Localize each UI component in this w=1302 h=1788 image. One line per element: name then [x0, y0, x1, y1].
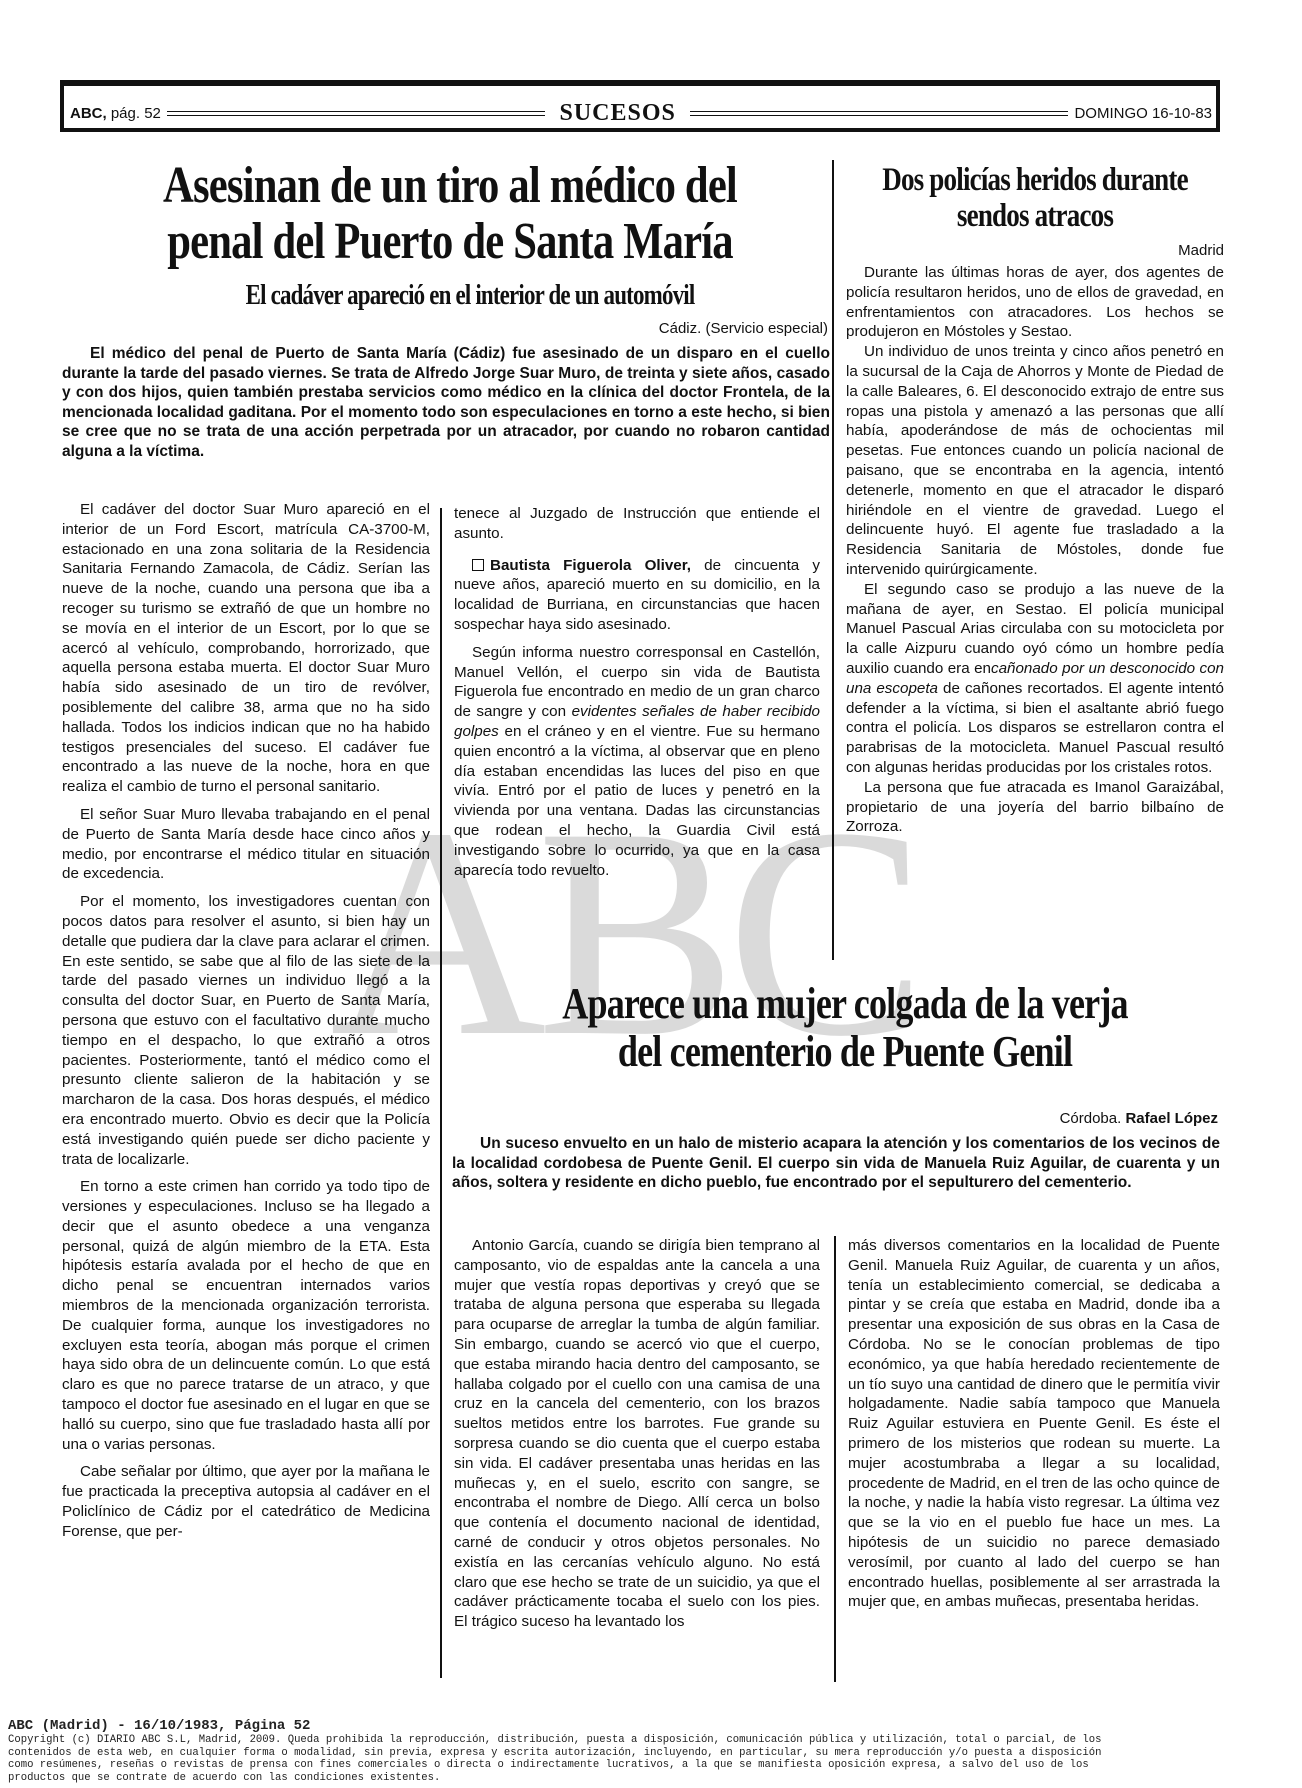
- paragraph: Cabe señalar por último, que ayer por la…: [62, 1462, 430, 1541]
- paragraph: La persona que fue atracada es Imanol Ga…: [846, 778, 1224, 837]
- article1-lead: El médico del penal de Puerto de Santa M…: [62, 344, 830, 462]
- article3-lead: Un suceso envuelto en un halo de misteri…: [452, 1134, 1220, 1193]
- article2: Dos policías heridos durante sendos atra…: [846, 162, 1224, 837]
- article1-header: Asesinan de un tiro al médico del penal …: [70, 158, 830, 312]
- article3-column-2: más diversos comentarios en la localidad…: [848, 1236, 1220, 1620]
- masthead: ABC, pág. 52 SUCESOS DOMINGO 16-10-83: [70, 100, 1212, 126]
- paragraph: tenece al Juzgado de Instrucción que ent…: [454, 504, 820, 544]
- article2-headline: Dos policías heridos durante sendos atra…: [880, 162, 1190, 234]
- paragraph: Antonio García, cuando se dirigía bien t…: [454, 1236, 820, 1632]
- paragraph: Durante las últimas horas de ayer, dos a…: [846, 263, 1224, 342]
- paragraph: Un individuo de unos treinta y cinco año…: [846, 342, 1224, 580]
- square-bullet-icon: [472, 559, 484, 571]
- masthead-rule-right: [690, 111, 1069, 116]
- paragraph: El cadáver del doctor Suar Muro apareció…: [62, 500, 430, 797]
- article1-column-2: tenece al Juzgado de Instrucción que ent…: [454, 504, 820, 888]
- page-reference: ABC, pág. 52: [70, 105, 161, 122]
- brief-paragraph-2: Según informa nuestro corresponsal en Ca…: [454, 643, 820, 881]
- article3-header: Aparece una mujer colgada de la verja de…: [450, 980, 1240, 1076]
- column-divider: [832, 160, 834, 960]
- archive-footer: ABC (Madrid) - 16/10/1983, Página 52 Cop…: [8, 1718, 1302, 1784]
- article2-dateline: Madrid: [846, 242, 1224, 259]
- article3-column-1: Antonio García, cuando se dirigía bien t…: [454, 1236, 820, 1640]
- column-divider: [834, 1236, 836, 1682]
- section-title: SUCESOS: [551, 100, 683, 127]
- article1-subhead: El cadáver apareció en el interior de un…: [175, 280, 765, 312]
- paragraph: más diversos comentarios en la localidad…: [848, 1236, 1220, 1612]
- article1-dateline: Cádiz. (Servicio especial): [70, 320, 828, 337]
- brief-paragraph: Bautista Figuerola Oliver, de cincuenta …: [454, 556, 820, 635]
- paragraph: El segundo caso se produjo a las nueve d…: [846, 580, 1224, 778]
- masthead-rule-left: [167, 111, 546, 116]
- paragraph: El señor Suar Muro llevaba trabajando en…: [62, 805, 430, 884]
- footer-title: ABC (Madrid) - 16/10/1983, Página 52: [8, 1718, 1302, 1734]
- footer-copyright: Copyright (c) DIARIO ABC S.L, Madrid, 20…: [8, 1734, 1302, 1784]
- issue-date: DOMINGO 16-10-83: [1074, 105, 1212, 122]
- column-divider: [440, 508, 442, 1678]
- paragraph: En torno a este crimen han corrido ya to…: [62, 1177, 430, 1454]
- article3-dateline: Córdoba. Rafael López: [450, 1110, 1218, 1127]
- article2-body: Durante las últimas horas de ayer, dos a…: [846, 263, 1224, 837]
- article1-column-1: El cadáver del doctor Suar Muro apareció…: [62, 500, 430, 1550]
- article3-headline: Aparece una mujer colgada de la verja de…: [521, 980, 1169, 1076]
- paragraph: Por el momento, los investigadores cuent…: [62, 892, 430, 1169]
- article1-headline: Asesinan de un tiro al médico del penal …: [138, 158, 761, 270]
